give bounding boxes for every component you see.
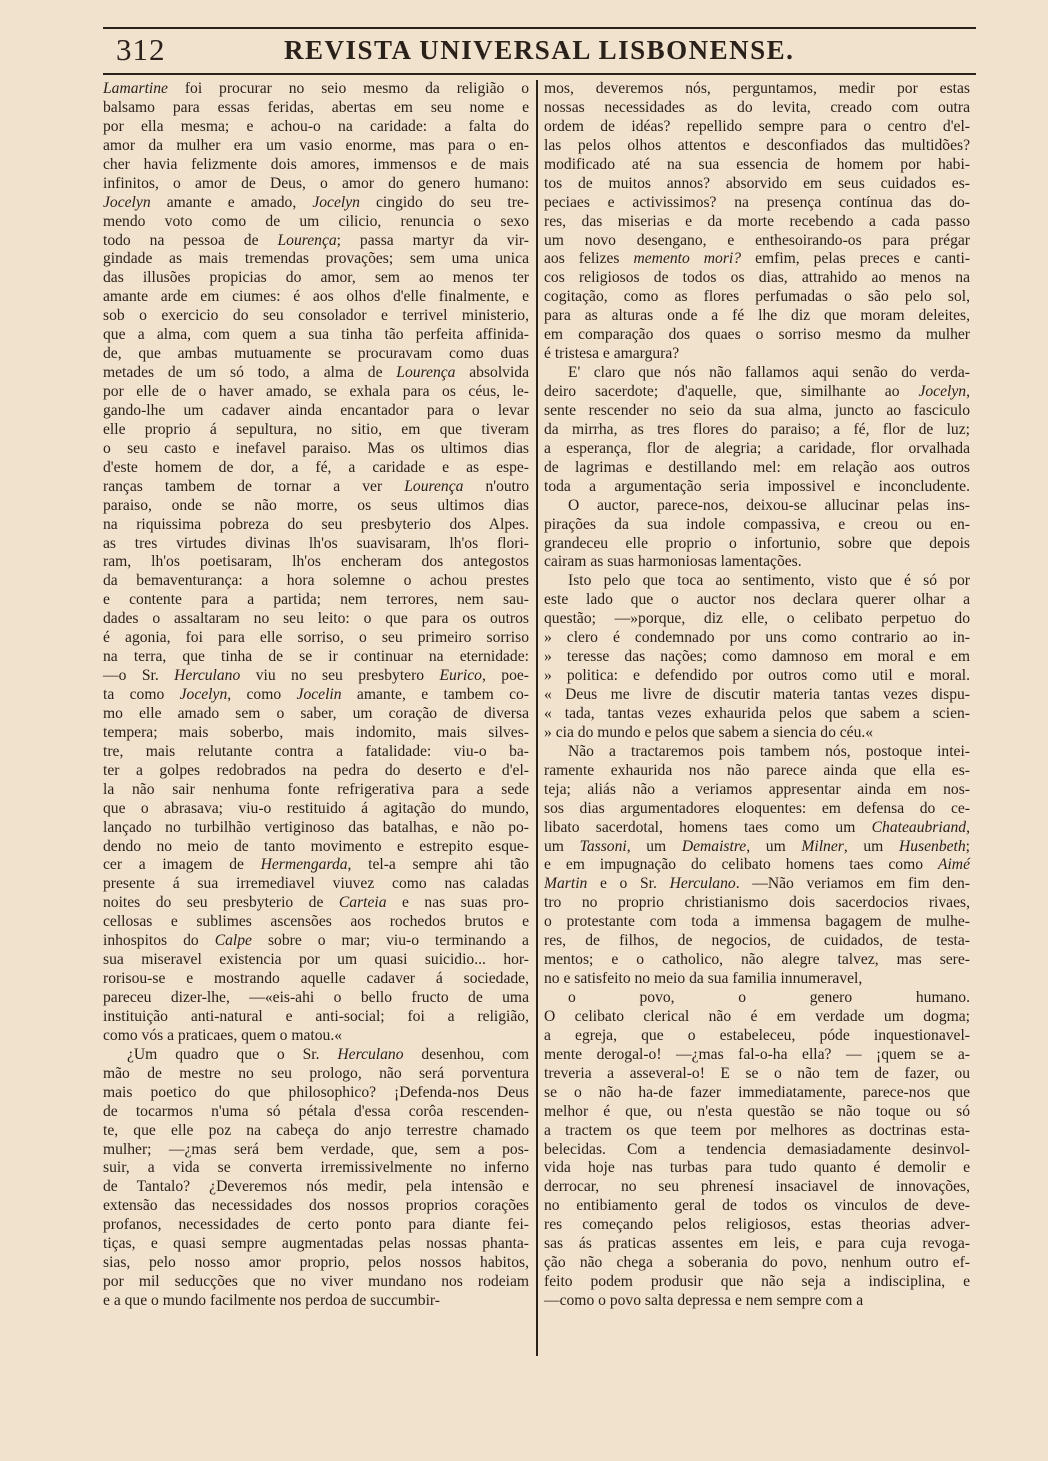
- text-line: Martin e o Sr. Herculano. —Não veriamos …: [544, 875, 970, 894]
- text-line: profanos, necessidades de certo ponto pa…: [103, 1216, 529, 1235]
- text-line: toda a argumentação seria impossivel e i…: [544, 478, 970, 497]
- text-line: no e satisfeito no meio da sua familia i…: [544, 970, 970, 989]
- text-line: dendo no meio de tanto movimento e estre…: [103, 838, 529, 857]
- text-line: mentos; e o catholico, não alegre talvez…: [544, 951, 970, 970]
- text-line: sias, pelo nosso amor proprio, pelos nos…: [103, 1254, 529, 1273]
- text-line: por elle de o haver amado, se exhala par…: [103, 383, 529, 402]
- text-line: sas ás praticas assentes em leis, e para…: [544, 1235, 970, 1254]
- text-line: amante arde em ciumes: é aos olhos d'ell…: [103, 288, 529, 307]
- text-line: cer a imagem de Hermengarda, tel-a sempr…: [103, 856, 529, 875]
- text-line: a esperança, flor de alegria; a caridade…: [544, 440, 970, 459]
- text-line: instituição anti-natural e anti-social; …: [103, 1008, 529, 1027]
- text-line: inhospitos do Calpe sobre o mar; viu-o t…: [103, 932, 529, 951]
- text-line: rorisou-se e mostrando aquelle cadaver á…: [103, 970, 529, 989]
- text-line: sua miseravel existencia por um quasi su…: [103, 951, 529, 970]
- text-line: ter a golpes redobrados na pedra do dese…: [103, 762, 529, 781]
- text-line: peciaes e activissimos? na presença cont…: [544, 194, 970, 213]
- text-line: se o não ha-de fazer immediatamente, par…: [544, 1084, 970, 1103]
- text-line: infinitos, o amor de Deus, o amor do gen…: [103, 175, 529, 194]
- text-line: tre, mais relutante contra a fatalidade:…: [103, 743, 529, 762]
- text-line: presente á sua irremediavel viuvez como …: [103, 875, 529, 894]
- text-line: sos dias argumentadores eloquentes: em d…: [544, 800, 970, 819]
- text-line: » clero é condemnado por uns como contra…: [544, 629, 970, 648]
- text-line: modificado até na sua essencia de homem …: [544, 156, 970, 175]
- text-line: treveria a asseveral-o! E se o não tem d…: [544, 1065, 970, 1084]
- text-line: como vós a praticaes, quem o matou.«: [103, 1027, 529, 1046]
- text-line: as tres virtudes divinas lh'os suavisara…: [103, 535, 529, 554]
- text-line: tro no proprio christianismo dois sacerd…: [544, 894, 970, 913]
- text-line: E' claro que nós não fallamos aqui senão…: [544, 364, 970, 383]
- text-line: Lamartine foi procurar no seio mesmo da …: [103, 80, 529, 99]
- text-line: aos felizes memento mori? emfim, pelas p…: [544, 250, 970, 269]
- text-line: este lado que o auctor nos declara quere…: [544, 591, 970, 610]
- text-line: mos, deveremos nós, perguntamos, medir p…: [544, 80, 970, 99]
- text-line: « tada, tantas vezes exhaurida pelos que…: [544, 705, 970, 724]
- text-line: todo na pessoa de Lourença; passa martyr…: [103, 232, 529, 251]
- text-line: tempera; mais soberbo, mais indomito, ma…: [103, 724, 529, 743]
- text-line: vida hoje nas turbas para tudo quanto é …: [544, 1159, 970, 1178]
- text-line: feito podem produsir que não seja a indi…: [544, 1273, 970, 1292]
- text-line: nossas necessidades as do levita, creado…: [544, 99, 970, 118]
- text-line: que a alma, com quem a sua tinha tão per…: [103, 326, 529, 345]
- text-line: de lagrimas e destillando mel: em relaçã…: [544, 459, 970, 478]
- text-line: mendo voto como de um cilicio, renuncia …: [103, 213, 529, 232]
- text-line: res, das miserias e da morte recebendo a…: [544, 213, 970, 232]
- text-line: libato sacerdotal, homens taes como um C…: [544, 819, 970, 838]
- text-line: tos de muitos annos? absorvido em seus c…: [544, 175, 970, 194]
- text-line: um Tassoni, um Demaistre, um Milner, um …: [544, 838, 970, 857]
- text-line: e a que o mundo facilmente nos perdoa de…: [103, 1292, 529, 1311]
- text-line: das illusões propicias do amor, sem ao m…: [103, 269, 529, 288]
- text-line: O auctor, parece-nos, deixou-se allucina…: [544, 497, 970, 516]
- text-line: e contente para a partida; nem terrores,…: [103, 591, 529, 610]
- text-line: mente derogal-o! —¿mas fal-o-ha ella? — …: [544, 1046, 970, 1065]
- left-column: Lamartine foi procurar no seio mesmo da …: [103, 80, 529, 1311]
- text-line: ta como Jocelyn, como Jocelin amante, e …: [103, 686, 529, 705]
- text-line: melhor é que, ou n'esta questão se não t…: [544, 1103, 970, 1122]
- text-line: te, que elle poz na cabeça do anjo terre…: [103, 1122, 529, 1141]
- text-line: ram, lh'os poetisaram, lh'os encheram do…: [103, 553, 529, 572]
- text-line: gindade as mais tremendas provações; sem…: [103, 250, 529, 269]
- text-line: sente rescender no seio da sua alma, jun…: [544, 402, 970, 421]
- journal-title: REVISTA UNIVERSAL LISBONENSE.: [284, 35, 794, 66]
- text-line: cairam as suas harmoniosas lamentações.: [544, 553, 970, 572]
- text-line: o protestante com toda a immensa bagagem…: [544, 913, 970, 932]
- text-line: derrocar, no seu phrenesí insaciavel de …: [544, 1178, 970, 1197]
- text-line: no entibiamento geral de todos os vincul…: [544, 1197, 970, 1216]
- text-line: na terra, que tinha de se ir continuar n…: [103, 648, 529, 667]
- text-line: pirações da sua indole compassiva, e cre…: [544, 516, 970, 535]
- text-line: por mil seducções que no viver mundano n…: [103, 1273, 529, 1292]
- header-rule: [103, 73, 976, 75]
- text-line: » politica: e defendido por outros como …: [544, 667, 970, 686]
- text-line: d'este homem de dor, a fé, a caridade e …: [103, 459, 529, 478]
- text-line: sob o exercicio do seu consolador e terr…: [103, 307, 529, 326]
- text-line: mo elle amado sem o saber, um coração de…: [103, 705, 529, 724]
- text-line: mão de mestre no seu prologo, não será p…: [103, 1065, 529, 1084]
- text-line: noites do seu presbyterio de Carteia e n…: [103, 894, 529, 913]
- text-line: cher havia felizmente dois amores, immen…: [103, 156, 529, 175]
- text-line: da mirrha, as tres flores do paraiso; a …: [544, 421, 970, 440]
- text-line: cogitação, como as flores perfumadas o s…: [544, 288, 970, 307]
- text-line: O celibato clerical não é em verdade um …: [544, 1008, 970, 1027]
- text-line: teja; aliás não a veriamos appresentar a…: [544, 781, 970, 800]
- text-line: é agonia, foi para elle sorriso, o seu p…: [103, 629, 529, 648]
- text-line: a tractem os que teem por melhores as do…: [544, 1122, 970, 1141]
- text-line: deiro sacerdote; d'aquelle, que, similha…: [544, 383, 970, 402]
- text-line: elle proprio á sepultura, no sitio, em q…: [103, 421, 529, 440]
- text-line: suir, a vida se converta irremissivelmen…: [103, 1159, 529, 1178]
- text-line: ranças tambem de tornar a ver Lourença n…: [103, 478, 529, 497]
- text-line: ção não chega a soberania do povo, nenhu…: [544, 1254, 970, 1273]
- text-line: res começando pelos religiosos, estas th…: [544, 1216, 970, 1235]
- text-line: por ella mesma; e achou-o na caridade: a…: [103, 118, 529, 137]
- text-line: questão; —»porque, diz elle, o celibato …: [544, 610, 970, 629]
- text-line: metades de um só todo, a alma de Lourenç…: [103, 364, 529, 383]
- text-line: la não sair nenhuma fonte refrigerativa …: [103, 781, 529, 800]
- text-line: tiças, e quasi sempre augmentadas pelas …: [103, 1235, 529, 1254]
- text-line: pareceu dizer-lhe, —«eis-ahi o bello fru…: [103, 989, 529, 1008]
- text-line: lançado no turbilhão vertiginoso das bat…: [103, 819, 529, 838]
- text-line: mais poetico do que philosophico? ¡Defen…: [103, 1084, 529, 1103]
- text-line: cellosas e sublimes ascensões aos roched…: [103, 913, 529, 932]
- text-line: grandeceu elle proprio o infortunio, sob…: [544, 535, 970, 554]
- text-line: o seu casto e inefavel paraiso. Mas os u…: [103, 440, 529, 459]
- text-line: paraiso, onde se não morre, os seus ulti…: [103, 497, 529, 516]
- text-line: « Deus me livre de discutir materia tant…: [544, 686, 970, 705]
- text-line: dades o assaltaram no seu leito: o que p…: [103, 610, 529, 629]
- text-line: de tocarmos n'uma só pétala d'essa corôa…: [103, 1103, 529, 1122]
- text-line: que o abrasava; viu-o restituido á agita…: [103, 800, 529, 819]
- text-line: res, de filhos, de negocios, de cuidados…: [544, 932, 970, 951]
- text-line: gando-lhe um cadaver ainda encantador pa…: [103, 402, 529, 421]
- text-line: extensão das necessidades dos nossos pro…: [103, 1197, 529, 1216]
- text-line: para as alturas onde a fé lhe diz que mo…: [544, 307, 970, 326]
- text-line: —o Sr. Herculano viu no seu presbytero E…: [103, 667, 529, 686]
- column-divider: [536, 80, 538, 1356]
- text-line: cos religiosos de todos os dias, attrahi…: [544, 269, 970, 288]
- text-line: é tristesa e amargura?: [544, 345, 970, 364]
- text-line: e em impugnação do celibato homens taes …: [544, 856, 970, 875]
- text-line: Isto pelo que toca ao sentimento, visto …: [544, 572, 970, 591]
- text-line: las pelos olhos attentos e desconfiados …: [544, 137, 970, 156]
- text-line: Jocelyn amante e amado, Jocelyn cingido …: [103, 194, 529, 213]
- running-head: 312 REVISTA UNIVERSAL LISBONENSE.: [110, 29, 970, 73]
- text-line: Não a tractaremos pois tambem nós, posto…: [544, 743, 970, 762]
- text-line: amor da mulher era um vasio enorme, mas …: [103, 137, 529, 156]
- text-line: da bemaventurança: a hora solemne o acho…: [103, 572, 529, 591]
- text-line: um novo desengano, e enthesoirando-os pa…: [544, 232, 970, 251]
- text-line: balsamo para essas feridas, abertas em s…: [103, 99, 529, 118]
- page-number: 312: [116, 32, 166, 68]
- text-line: de, que ambas mutuamente se procuravam c…: [103, 345, 529, 364]
- text-line: em comparação dos quaes o sorriso mesmo …: [544, 326, 970, 345]
- text-line: o povo, o genero humano.: [544, 989, 970, 1008]
- text-line: ¿Um quadro que o Sr. Herculano desenhou,…: [103, 1046, 529, 1065]
- text-line: » cia do mundo e pelos que sabem a sienc…: [544, 724, 970, 743]
- text-line: —como o povo salta depressa e nem sempre…: [544, 1292, 970, 1311]
- text-line: de Tantalo? ¿Deveremos nós medir, pela i…: [103, 1178, 529, 1197]
- text-line: na riquissima pobreza do seu presbyterio…: [103, 516, 529, 535]
- text-line: » teresse das nações; como damnoso em mo…: [544, 648, 970, 667]
- text-line: belecidas. Com a tendencia demasiadament…: [544, 1141, 970, 1160]
- text-line: mulher; —¿mas será bem verdade, que, sem…: [103, 1141, 529, 1160]
- text-line: ramente exhaurida nos não parece ainda q…: [544, 762, 970, 781]
- text-line: a egreja, que o estabeleceu, póde inques…: [544, 1027, 970, 1046]
- right-column: mos, deveremos nós, perguntamos, medir p…: [544, 80, 970, 1311]
- text-line: ordem de idéas? repellido sempre para o …: [544, 118, 970, 137]
